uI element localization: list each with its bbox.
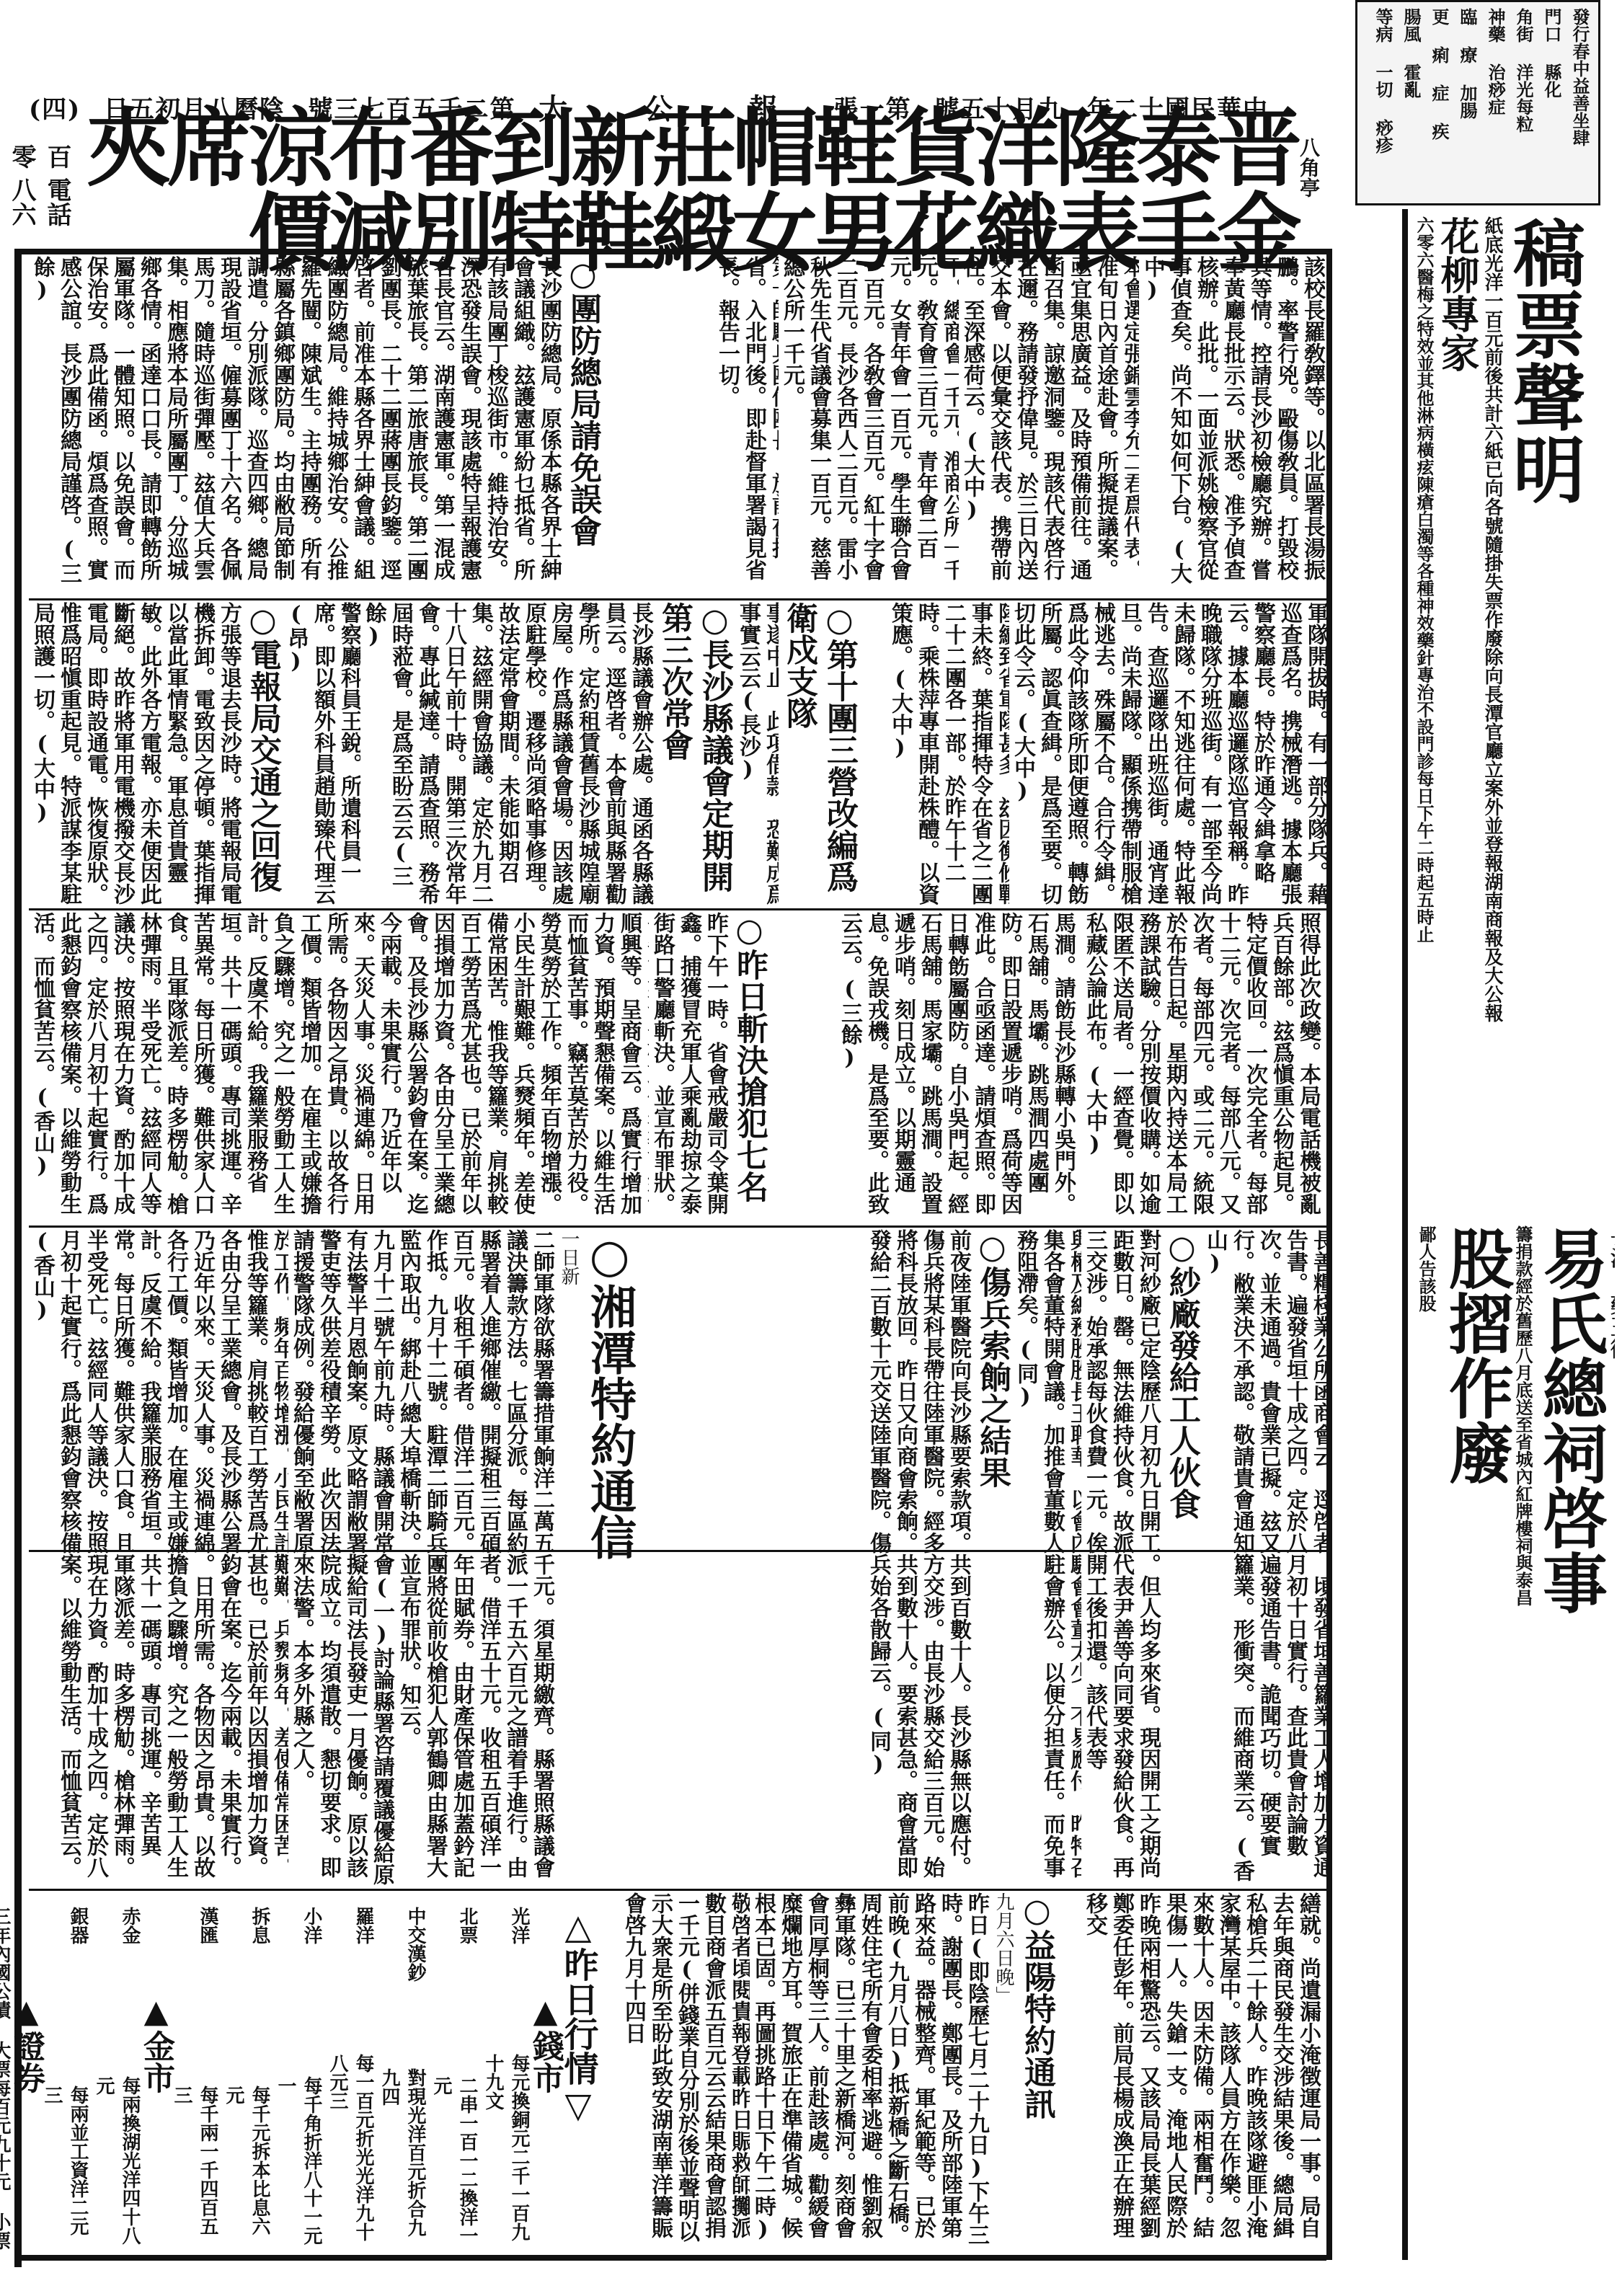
market-row: 羅洋每一百元折光光洋九十八元三 [324, 1907, 376, 2253]
article-body: 長沙縣議會辦公處。通函各縣議員云。逕啓者。本會前與縣署勸學所。定約租賃舊長沙縣城… [360, 602, 654, 905]
ad-line: 角街 洋光每粒 [1511, 8, 1536, 198]
article-education-assoc: ○敎育會催提全國敎育會議案 省敎育會昨函致各學校各評議員云。逕啓者。第九屆全國敎… [959, 256, 1139, 595]
banner-side-note: 八角亭 [1294, 137, 1323, 198]
article-continued: 長善籮業十一碼頭代表李雨霖雷順興等。呈商會云。爲實行增加力資。預期聲懇備案。以維… [29, 1229, 288, 1885]
article-body: 大中通訊社消息。長沙收復後。陸續到省軍隊甚多。玆因衡攸戰事未終。葉指揮特令在省之… [887, 602, 1009, 905]
headline: ○電報局交通之回復 [242, 602, 283, 905]
market-row: 銀器每兩並工資洋二元三 [39, 1907, 91, 2253]
article-body: 對河紗廠已定陰歷八月初九日開工。但人均多來省。現因開工之期尚距數日。罄。無法維持… [1081, 1229, 1161, 1885]
flower-expert-title: 花柳專家 [1435, 216, 1481, 1211]
ad-line: 腸風 霍亂 [1399, 8, 1424, 198]
article-body: 長善籮業十一碼頭代表李雨霖雷順興等。呈商會云。爲實行增加力資。預期聲懇備案。以維… [29, 912, 649, 1222]
article-body: 昨日(即陰歷七月二十九日)下午三時。謝團長。鄭團長。及所部陸軍第路來益。器械整齊… [750, 1892, 990, 2253]
article-body: 賀旅長謝團長於今晨率隊從容過淹。開別有軍路。未能探得。現小淹以上。唐家觀以下無蔡… [1081, 1892, 1326, 2253]
divider [29, 1889, 1326, 1891]
top-right-medicine-ad: 發行春中益善坐肆 門口 縣化 角街 洋光每粒 神藥 治痧症 臨 療 加腸 更 痢… [1355, 0, 1600, 205]
article-grain-dock: ○長善糧棧反對籮碼頭加價 長善糧棧業公所函商會云。逕啓者。頃發省垣善籮業工人增加… [1081, 1229, 1326, 1885]
article-patrol-warrant: ○巡邏隊携槍潛逃之通緝令 省會警察廳所轄巡邏隊。自昨乘軍隊開拔時。有一部分隊兵。… [1009, 602, 1326, 905]
article-guard-regiment: ○第十團三營改編爲衛戍支隊 [779, 602, 887, 905]
headline: ○紗廠發給工人伙食 [1161, 1229, 1202, 1885]
article-body: 頃湖南護憲軍第六路指揮部副官處。致函理長沙縣縣長文云。逕啓者。頃准陸軍步兵二團劉… [836, 912, 1081, 1222]
headline: ○團防總局請免誤會 [562, 256, 603, 595]
market-title: △昨日行情▽ [558, 1907, 598, 2253]
article-body: 長善籮業十一碼頭代表李雨霖雷順興等。呈商會云。爲實行增加力資。預期聲懇備案。以維… [29, 1229, 288, 1885]
article-body: 第一師騎兵團何團長。於前夜抵省。入北門後。即赴督軍署謁見省長。報告一切。 [714, 256, 779, 595]
market-row: 中交漢鈔對現光洋百元折合九九四 [376, 1907, 428, 2253]
article-body: 工務一簣之潭寶汽車路。前此因路款告罄暫行停頓。其後由華洋籌賑會坐辦袁家普以米鹽公… [735, 602, 779, 905]
article-commander-he: ○何團長昨日抵省情形 第一師騎兵團何團長。於前夜抵省。入北門後。即赴督軍署謁見省… [714, 256, 779, 595]
article-body: 賑救日災大會。分配各處籌款。已略誌昨報。玆探得各處認捐數目如下。總商會一千元。淮… [779, 256, 959, 595]
headline: ○傷兵索餉之結果 [972, 1229, 1012, 1885]
article-defense-bureau: ○團防總局請免誤會 長沙團防總局。原係本縣各界士紳會議組織。玆護憲軍紛乜抵省。所… [29, 256, 714, 595]
article-body: 省敎育會昨函致各學校各評議員云。逕啓者。第九屆全國敎育會聯合會。定於雙十節在滇舉… [959, 256, 1139, 595]
headline: ○湘潭特約通信 [582, 1229, 637, 1885]
article-body: 省會警察廳所轄巡邏隊。自昨乘軍隊開拔時。有一部分隊兵。藉巡查爲名。携械潛逃。據本… [1009, 602, 1326, 905]
article-body: 長沙電話局布告云。爲布告事。照得此次政變。本局電話機被亂兵百餘部。玆爲愼重公物起… [1081, 912, 1326, 1222]
ticket-statement-title: 稿票聲明 [1504, 216, 1583, 1211]
article-body: 平民學校。與北區警署。因爭局關祠地址。發生衝突。迭誌前報。昨該校長羅敎鐸等。以北… [1139, 256, 1326, 595]
article-body: 現値軍事緊急。商會首當衝要。與各方接頭之事。紛至沓來。楊會長與權及總務股股長王聘… [1012, 1229, 1081, 1885]
ad-line: 更 痢 症 疾 [1427, 8, 1452, 198]
market-row: 赤金每兩換湖光洋四十八元 [91, 1907, 143, 2253]
article-commerce-bureau: ○商埠署長易人 商埠署長前經張廳長委任師錫彤。昨聞署長他去。張廳長又委警察廳科員… [29, 602, 360, 905]
article-body: 二師軍隊欲縣署籌措軍餉洋二萬五千元。須星期繳齊。縣署照縣議會議決籌款方法。七區分… [395, 1229, 555, 1885]
dateline: 一日新 [555, 1229, 582, 1885]
headline: ○昨日斬決搶犯七名 [729, 912, 769, 1222]
ad-line: 門口 縣化 [1539, 8, 1564, 198]
divider [18, 2255, 1326, 2261]
ad-line: 發行春中益善坐肆 [1567, 8, 1592, 198]
market-row: 光洋每元換銅元二千一百九十九文 [480, 1907, 532, 2253]
article-dock-workers: ○籮碼頭呈請加價之理由 長善籮業十一碼頭代表李雨霖雷順興等。呈商會云。爲實行增加… [29, 912, 649, 1222]
article-school-police: ○平校與警署風潮之擴大 ▲法院已批准偵查 平民學校。與北區警署。因爭局關祠地址。… [1139, 256, 1326, 595]
headline: ○益陽特約通訊 [1016, 1892, 1057, 2253]
flower-expert-body: 六零六醫梅之特效並其他淋病橫痃陳瘡白濁等各種神效藥針專治不設門診每日下午二時起五… [1413, 216, 1435, 1211]
stock-void-body: 鄙人告該股 [1413, 1225, 1440, 1874]
divider [29, 1225, 1326, 1228]
headline: ○第十團三營改編爲衛戍支隊 [779, 602, 859, 905]
divider [1326, 249, 1332, 2260]
article-body: 方張等退去長沙時。將電報局電機拆卸。電致因之停頓。葉指揮以當此軍情緊急。軍息首貴… [29, 602, 242, 905]
article-chamber-directors: ○商會加推會董辦公 現値軍事緊急。商會首當衝要。與各方接頭之事。紛至沓來。楊會長… [865, 1229, 1081, 1885]
stock-void-title: 股摺作廢 [1440, 1225, 1512, 1874]
article-body: 九月十二號午前九時。縣議會開常會(一)討論縣署咨請覆議優給原有法警半月恩餉案。原… [288, 1229, 395, 1885]
headline: ○長沙縣議會定期開第三次常會 [654, 602, 735, 905]
article-xiangtan-report: ○湘潭特約通信 一日新 二師軍隊欲縣署籌措軍餉洋二萬五千元。須星期繳齊。縣署照縣… [288, 1229, 865, 1885]
market-row: 拆息每千元拆本比息六元 [221, 1907, 272, 2253]
divider [29, 598, 1326, 600]
ancestral-title: 易氏總祠啓事 [1533, 1225, 1605, 1874]
ad-line: 神藥 治痧症 [1483, 8, 1508, 198]
article-body: 長善糧棧業公所函商會云。逕啓者。頃發省垣善籮業工人增加力資通告書。遍發省垣十成之… [1202, 1229, 1326, 1885]
market-prices: △昨日行情▽ ▲錢市 光洋每元換銅元二千一百九十九文 北票二串一百一二換洋一元 … [22, 1907, 598, 2253]
market-section-money: ▲錢市 [532, 1907, 558, 2253]
market-section-gold: ▲金市 [143, 1907, 169, 2253]
article-body: 前夜陸軍醫院向長沙縣要索款項。共到百數十人。長沙縣無以應付。傷兵將某科長帶往陸軍… [865, 1229, 972, 1885]
article-changsha-parade: ○長沙縣忙於募夫 ○電話局收回電話機布告 長沙電話局布告云。爲布告事。照得此次政… [1081, 912, 1326, 1222]
notice-ancestral-hall: 長沙 藥王街 易氏總祠啓事 籌捐款經於舊歷八月底送至省城內紅牌樓祠與泰昌 股摺作… [1413, 1225, 1615, 1874]
article-sentry-posts: ○飭令設置遞步哨 頃湖南護憲軍第六路指揮部副官處。致函理長沙縣縣長文云。逕啓者。… [836, 912, 1081, 1222]
dateline: 九月六日晚」 [990, 1892, 1016, 2253]
banner-ad: 晋泰隆洋貨鞋帽莊新到番布涼席夾金手表織花男女緞鞋特別減價 [58, 137, 1298, 245]
divider [29, 908, 1326, 910]
market-row: 漢匯每千兩一千四百五三 [169, 1907, 221, 2253]
divider [1402, 209, 1408, 2260]
notice-yi-clan [1413, 1881, 1615, 2256]
divider [18, 249, 1326, 254]
ticket-statement-body: 紙底光洋一百元前後共計六紙已向各號隨掛失票作廢除向長潭官廳立案外並登報湖南商報及… [1481, 216, 1504, 1211]
article-body: 商埠署長前經張廳長委任師錫彤。昨聞署長他去。張廳長又委警察廳科員王銳。所遺科員一… [283, 602, 360, 905]
ad-line: 臨 療 加腸 [1455, 8, 1480, 198]
article-body: 長沙團防總局。原係本縣各界士紳會議組織。玆護憲軍紛乜抵省。所有該局團丁梭巡街市。… [29, 256, 562, 595]
article-yiyang-report: ○益陽特約通訊 九月六日晚」 昨日(即陰歷七月二十九日)下午三時。謝團長。鄭團長… [750, 1892, 1081, 2253]
notice-ticket-statement: 稿票聲明 紙底光洋一百元前後共計六紙已向各號隨掛失票作廢除向長潭官廳立案外並登報… [1413, 216, 1615, 1211]
article-body: 敬啓者頃閱貴報登載昨日賑救師攤派數目商會派五百元云云結果商會認捐一千元(併錢業自… [620, 1892, 750, 2253]
article-relief-donations: ○各公會認捐之賑敎日災款項 賑救日災大會。分配各處籌款。已略誌昨報。玆探得各處認… [779, 256, 959, 595]
ancestral-body: 籌捐款經於舊歷八月底送至省城內紅牌樓祠與泰昌 [1512, 1225, 1533, 1874]
article-body: 昨下午一時。省會戒嚴司令葉開鑫。捕獲冒充軍人乘亂劫掠之泰街路口警廳斬決。並宣布罪… [649, 912, 729, 1222]
article-railway-difficulty: ○潭寶路進行之困難 工務一簣之潭寶汽車路。前此因路款告罄暫行停頓。其後由華洋籌賑… [360, 602, 779, 905]
market-row: 小洋每千角折洋八十一元一 [272, 1907, 324, 2253]
market-row: 北票二串一百一二換洋一元 [428, 1907, 480, 2253]
article-execution: ○昨日斬決搶犯七名 昨下午一時。省會戒嚴司令葉開鑫。捕獲冒充軍人乘亂劫掠之泰街路… [649, 912, 836, 1222]
ad-line: 等病 一切 痧疹 [1370, 8, 1396, 198]
market-section-securities: ▲證券 [13, 1907, 39, 2253]
article-xiaoyan-report: ○小淹特約通信 「天雲」 賀旅長謝團長於今晨率隊從容過淹。開別有軍路。未能探得。… [1081, 1892, 1326, 2253]
article-letter-posting: ○來函照登 敬啓者頃閱貴報登載昨日賑救師攤派數目商會派五百元云云結果商會認捐一千… [620, 1892, 750, 2253]
article-troops-depart: ○昨日專車開出之軍隊 大中通訊社消息。長沙收復後。陸續到省軍隊甚多。玆因衡攸戰事… [887, 602, 1009, 905]
